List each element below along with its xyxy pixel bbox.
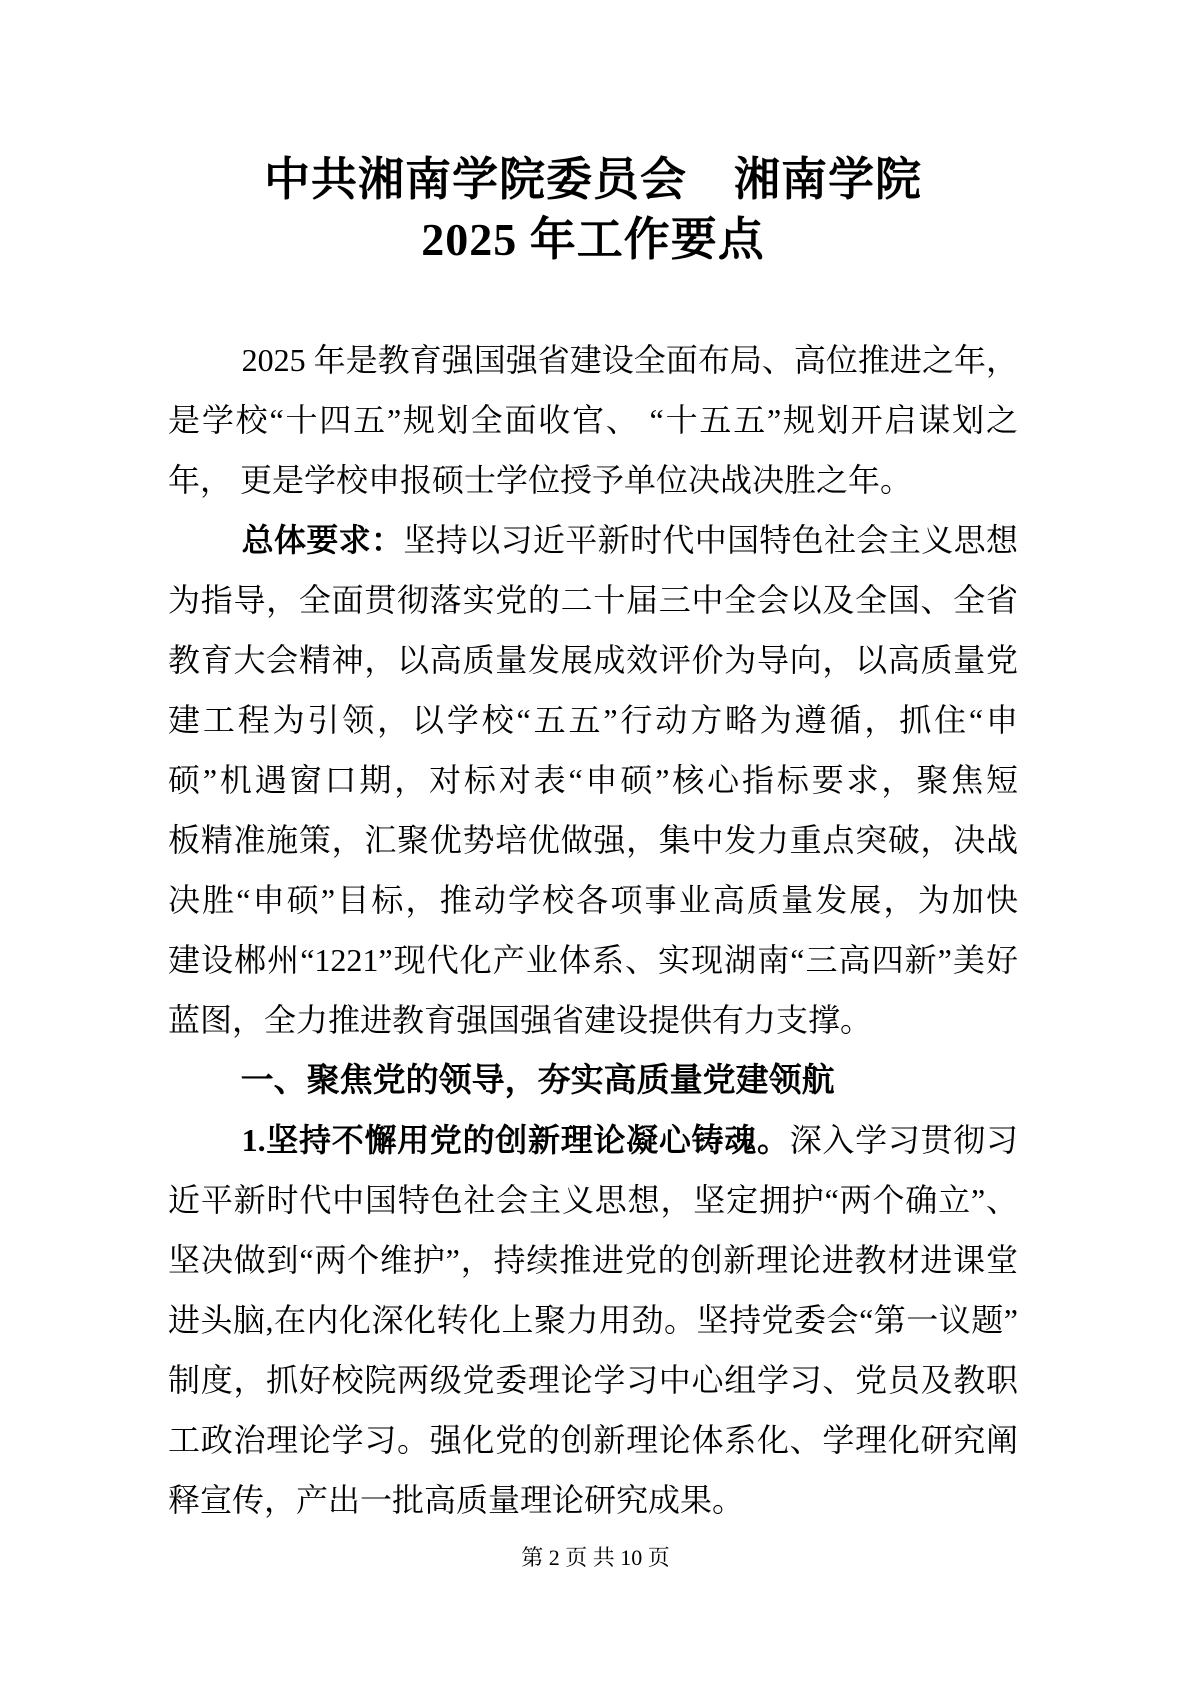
text-line: 决胜“申硕”目标，推动学校各项事业高质量发展，为加快: [168, 870, 1018, 930]
text-line: 进头脑,在内化深化转化上聚力用劲。坚持党委会“第一议题”: [168, 1290, 1018, 1350]
text-line: 年， 更是学校申报硕士学位授予单位决战决胜之年。: [168, 450, 1018, 510]
text-line: 1.坚持不懈用党的创新理论凝心铸魂。深入学习贯彻习: [168, 1110, 1018, 1170]
section-heading-1: 一、聚焦党的领导，夯实高质量党建领航: [168, 1050, 1018, 1110]
text-line: 制度，抓好校院两级党委理论学习中心组学习、党员及教职: [168, 1350, 1018, 1410]
text-line: 蓝图，全力推进教育强国强省建设提供有力支撑。: [168, 990, 1018, 1050]
document-page: 中共湘南学院委员会 湘南学院 2025 年工作要点 2025 年是教育强国强省建…: [0, 0, 1191, 1684]
text-line: 板精准施策，汇聚优势培优做强，集中发力重点突破，决战: [168, 810, 1018, 870]
text-line: 建设郴州“1221”现代化产业体系、实现湖南“三高四新”美好: [168, 930, 1018, 990]
page-footer: 第 2 页 共 10 页: [0, 1543, 1191, 1573]
text-line: 坚决做到“两个维护”，持续推进党的创新理论进教材进课堂: [168, 1230, 1018, 1290]
doc-title: 中共湘南学院委员会 湘南学院 2025 年工作要点: [168, 150, 1018, 270]
doc-title-line1: 中共湘南学院委员会 湘南学院: [168, 150, 1018, 210]
text-line: 建工程为引领，以学校“五五”行动方略为遵循，抓住“申: [168, 690, 1018, 750]
text-line: 2025 年是教育强国强省建设全面布局、高位推进之年，: [168, 330, 1018, 390]
text-line: 释宣传，产出一批高质量理论研究成果。: [168, 1470, 1018, 1530]
item-1-paragraph: 1.坚持不懈用党的创新理论凝心铸魂。深入学习贯彻习近平新时代中国特色社会主义思想…: [168, 1110, 1018, 1530]
text-line: 工政治理论学习。强化党的创新理论体系化、学理化研究阐: [168, 1410, 1018, 1470]
bold-run: 1.坚持不懈用党的创新理论凝心铸魂。: [242, 1122, 790, 1158]
text-line: 总体要求：坚持以习近平新时代中国特色社会主义思想: [168, 510, 1018, 570]
text-line: 教育大会精神，以高质量发展成效评价为导向，以高质量党: [168, 630, 1018, 690]
text-line: 为指导，全面贯彻落实党的二十届三中全会以及全国、全省: [168, 570, 1018, 630]
bold-run: 总体要求：: [242, 522, 404, 558]
doc-title-line2: 2025 年工作要点: [168, 210, 1018, 270]
text-line: 近平新时代中国特色社会主义思想，坚定拥护“两个确立”、: [168, 1170, 1018, 1230]
text-line: 是学校“十四五”规划全面收官、 “十五五”规划开启谋划之: [168, 390, 1018, 450]
overall-requirements-paragraph: 总体要求：坚持以习近平新时代中国特色社会主义思想为指导，全面贯彻落实党的二十届三…: [168, 510, 1018, 1050]
text-line: 硕”机遇窗口期，对标对表“申硕”核心指标要求，聚焦短: [168, 750, 1018, 810]
intro-paragraph: 2025 年是教育强国强省建设全面布局、高位推进之年，是学校“十四五”规划全面收…: [168, 330, 1018, 510]
document-body: 2025 年是教育强国强省建设全面布局、高位推进之年，是学校“十四五”规划全面收…: [168, 330, 1018, 1530]
